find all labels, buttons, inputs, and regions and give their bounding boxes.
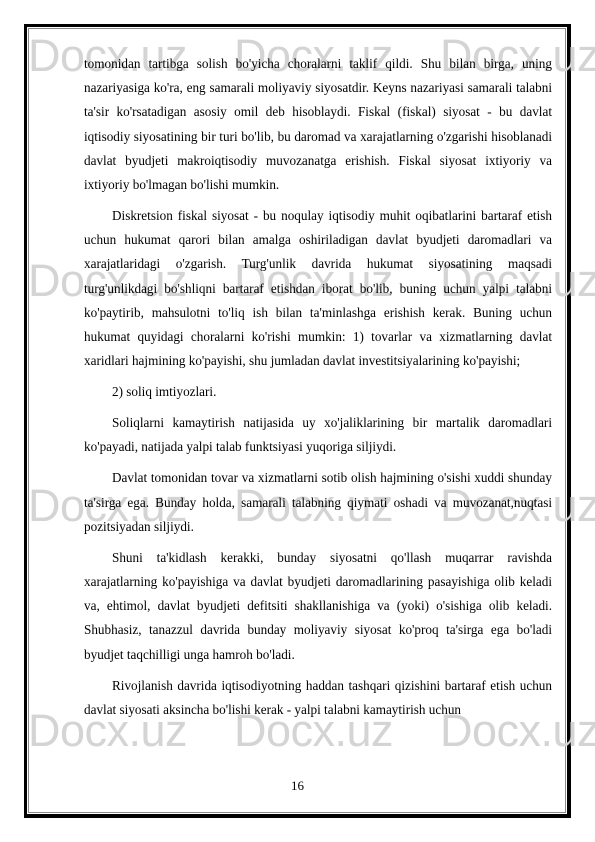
paragraph-overheating: Rivojlanish davrida iqtisodiyotning hadd… (84, 674, 552, 722)
page-number: 16 (0, 778, 595, 794)
paragraph-tax-incentives: 2) soliq imtiyozlari. (84, 380, 552, 404)
paragraph-government-purchases: Davlat tomonidan tovar va xizmatlarni so… (84, 466, 552, 539)
paragraph-discretionary-policy: Diskretsion fiskal siyosat - bu noqulay … (84, 204, 552, 373)
paragraph-budget-deficit: Shuni ta'kidlash kerakki, bunday siyosat… (84, 546, 552, 667)
document-body: tomonidan tartibga solish bo'yicha chora… (84, 52, 552, 729)
paragraph-continuation: tomonidan tartibga solish bo'yicha chora… (84, 52, 552, 197)
paragraph-tax-reduction: Soliqlarni kamaytirish natijasida uy xo'… (84, 411, 552, 459)
